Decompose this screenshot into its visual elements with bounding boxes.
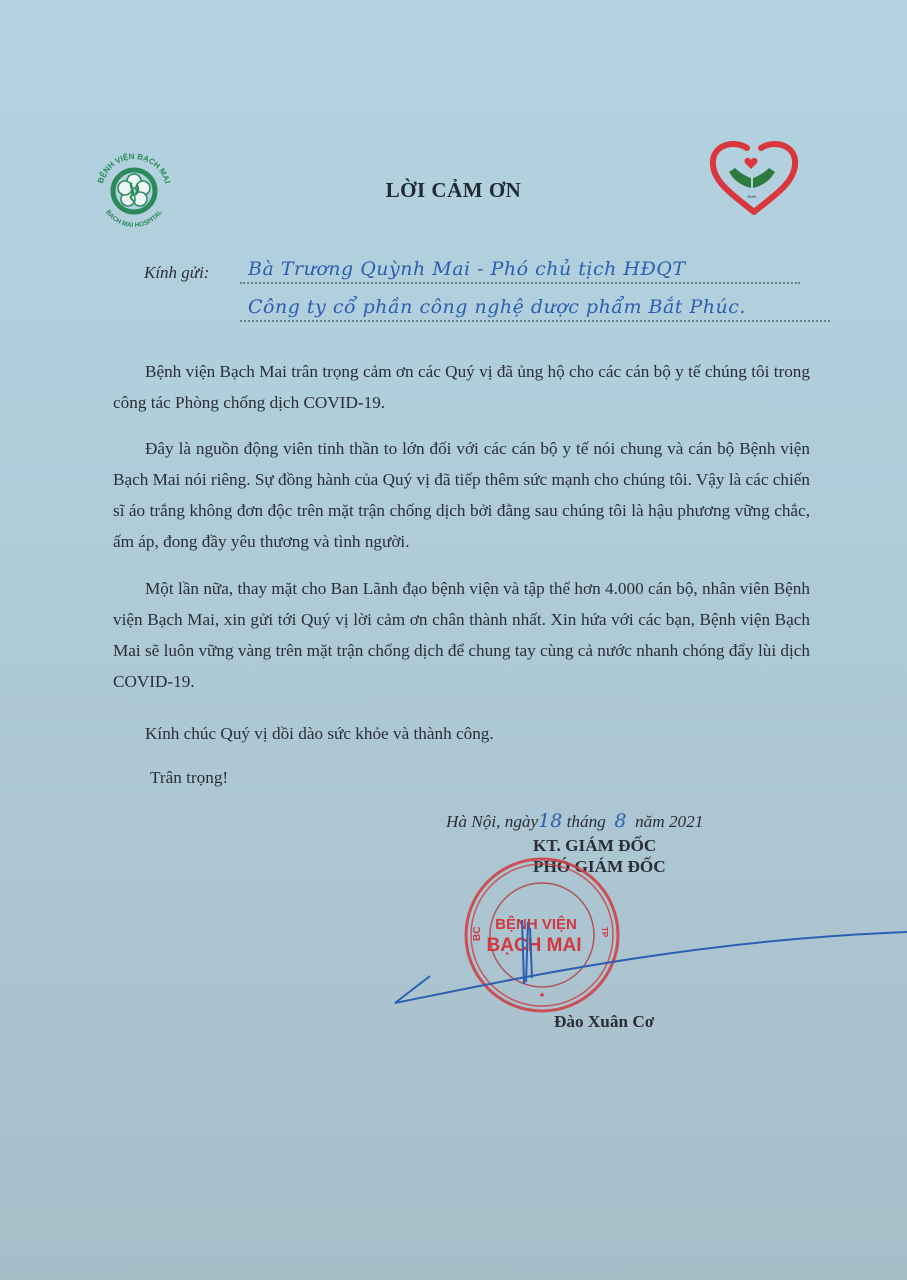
body-paragraph: Bệnh viện Bạch Mai trân trọng cảm ơn các…	[113, 356, 810, 418]
date-day: 18	[538, 810, 562, 832]
date-month-label: tháng	[567, 812, 606, 831]
handwritten-signature	[390, 920, 907, 1020]
date-prefix: Hà Nội, ngày	[446, 812, 538, 831]
closing-wish: Kính chúc Quý vị dồi dào sức khỏe và thà…	[145, 724, 494, 744]
signatory-name: Đào Xuân Cơ	[554, 1012, 654, 1032]
closing-regards: Trân trọng!	[150, 768, 228, 788]
date-year: năm 2021	[635, 812, 703, 831]
heart-hands-charity-logo-icon: BMH	[705, 138, 803, 216]
body-paragraph: Đây là nguồn động viên tinh thần to lớn …	[113, 433, 810, 557]
heart-hands-charity-logo: BMH	[705, 138, 803, 216]
dotted-line	[240, 319, 830, 322]
handwritten-recipient-company: Công ty cổ phần công nghệ dược phẩm Bắt …	[248, 296, 746, 318]
signatory-title: KT. GIÁM ĐỐC	[533, 836, 656, 856]
dotted-line	[240, 281, 800, 284]
signature-stroke-icon	[390, 920, 907, 1020]
document-title: LỜI CẢM ƠN	[0, 178, 907, 203]
body-paragraph: Một lần nữa, thay mặt cho Ban Lãnh đạo b…	[113, 573, 810, 697]
date-month: 8	[614, 810, 626, 832]
handwritten-recipient-name: Bà Trương Quỳnh Mai - Phó chủ tịch HĐQT	[248, 258, 686, 280]
date-line: Hà Nội, ngày18 tháng 8 năm 2021	[446, 810, 703, 832]
salutation-label: Kính gửi:	[144, 263, 209, 283]
